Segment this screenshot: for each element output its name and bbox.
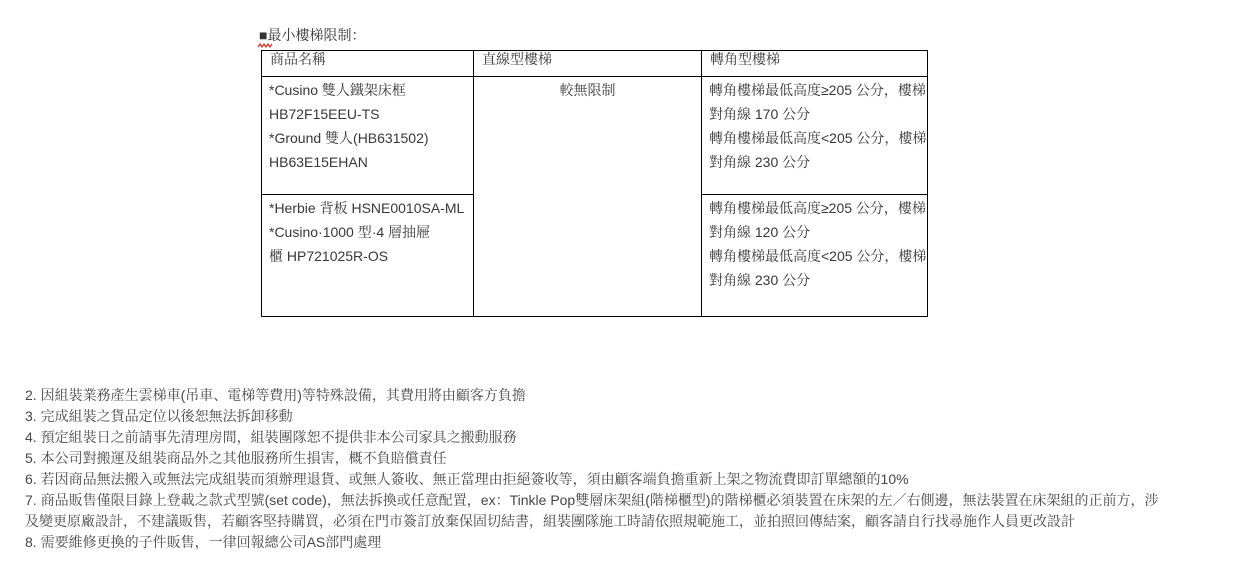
note-item-4: 4. 預定組裝日之前請事先清理房間，組裝團隊恕不提供非本公司家具之搬動服務 <box>25 427 1175 448</box>
note-item-6: 6. 若因商品無法搬入或無法完成組裝而須辦理退貨、或無人簽收、無正當理由拒絕簽收… <box>25 469 1175 490</box>
straight-stair-cell: 較無限制 <box>474 77 702 317</box>
corner-limit-cell-1: 轉角樓梯最低高度≥205 公分，樓梯 對角線 170 公分 轉角樓梯最低高度<2… <box>702 77 928 195</box>
note-item-3: 3. 完成組裝之貨品定位以後恕無法拆卸移動 <box>25 406 1175 427</box>
document-page: ■最小樓梯限制： 商品名稱 直線型樓梯 轉角型樓梯 *Cusino 雙人鐵架床框… <box>0 0 1245 572</box>
note-item-5: 5. 本公司對搬運及組裝商品外之其他服務所生損害，概不負賠償責任 <box>25 448 1175 469</box>
note-item-2: 2. 因組裝業務產生雲梯車(吊車、電梯等費用)等特殊設備，其費用將由顧客方負擔 <box>25 385 1175 406</box>
table-row: *Cusino 雙人鐵架床框 HB72F15EEU-TS *Ground 雙人(… <box>262 77 928 195</box>
header-product-name: 商品名稱 <box>262 51 474 77</box>
product-cell-2: *Herbie 背板 HSNE0010SA-ML *Cusino·1000 型·… <box>262 195 474 317</box>
product-cell-1: *Cusino 雙人鐵架床框 HB72F15EEU-TS *Ground 雙人(… <box>262 77 474 195</box>
note-item-8: 8. 需要維修更換的子件販售，一律回報總公司AS部門處理 <box>25 532 1175 553</box>
corner-limit-cell-2: 轉角樓梯最低高度≥205 公分，樓梯 對角線 120 公分 轉角樓梯最低高度<2… <box>702 195 928 317</box>
table-header-row: 商品名稱 直線型樓梯 轉角型樓梯 <box>262 51 928 77</box>
header-straight-stair: 直線型樓梯 <box>474 51 702 77</box>
note-item-7: 7. 商品販售僅限目錄上登載之款式型號(set code)，無法拆換或任意配置，… <box>25 490 1175 532</box>
spellcheck-squiggle-icon <box>258 43 273 48</box>
assembly-notes-list: 2. 因組裝業務產生雲梯車(吊車、電梯等費用)等特殊設備，其費用將由顧客方負擔 … <box>25 385 1175 553</box>
section-title: ■最小樓梯限制： <box>259 27 365 44</box>
stair-limit-table: 商品名稱 直線型樓梯 轉角型樓梯 *Cusino 雙人鐵架床框 HB72F15E… <box>261 50 928 317</box>
header-corner-stair: 轉角型樓梯 <box>702 51 928 77</box>
